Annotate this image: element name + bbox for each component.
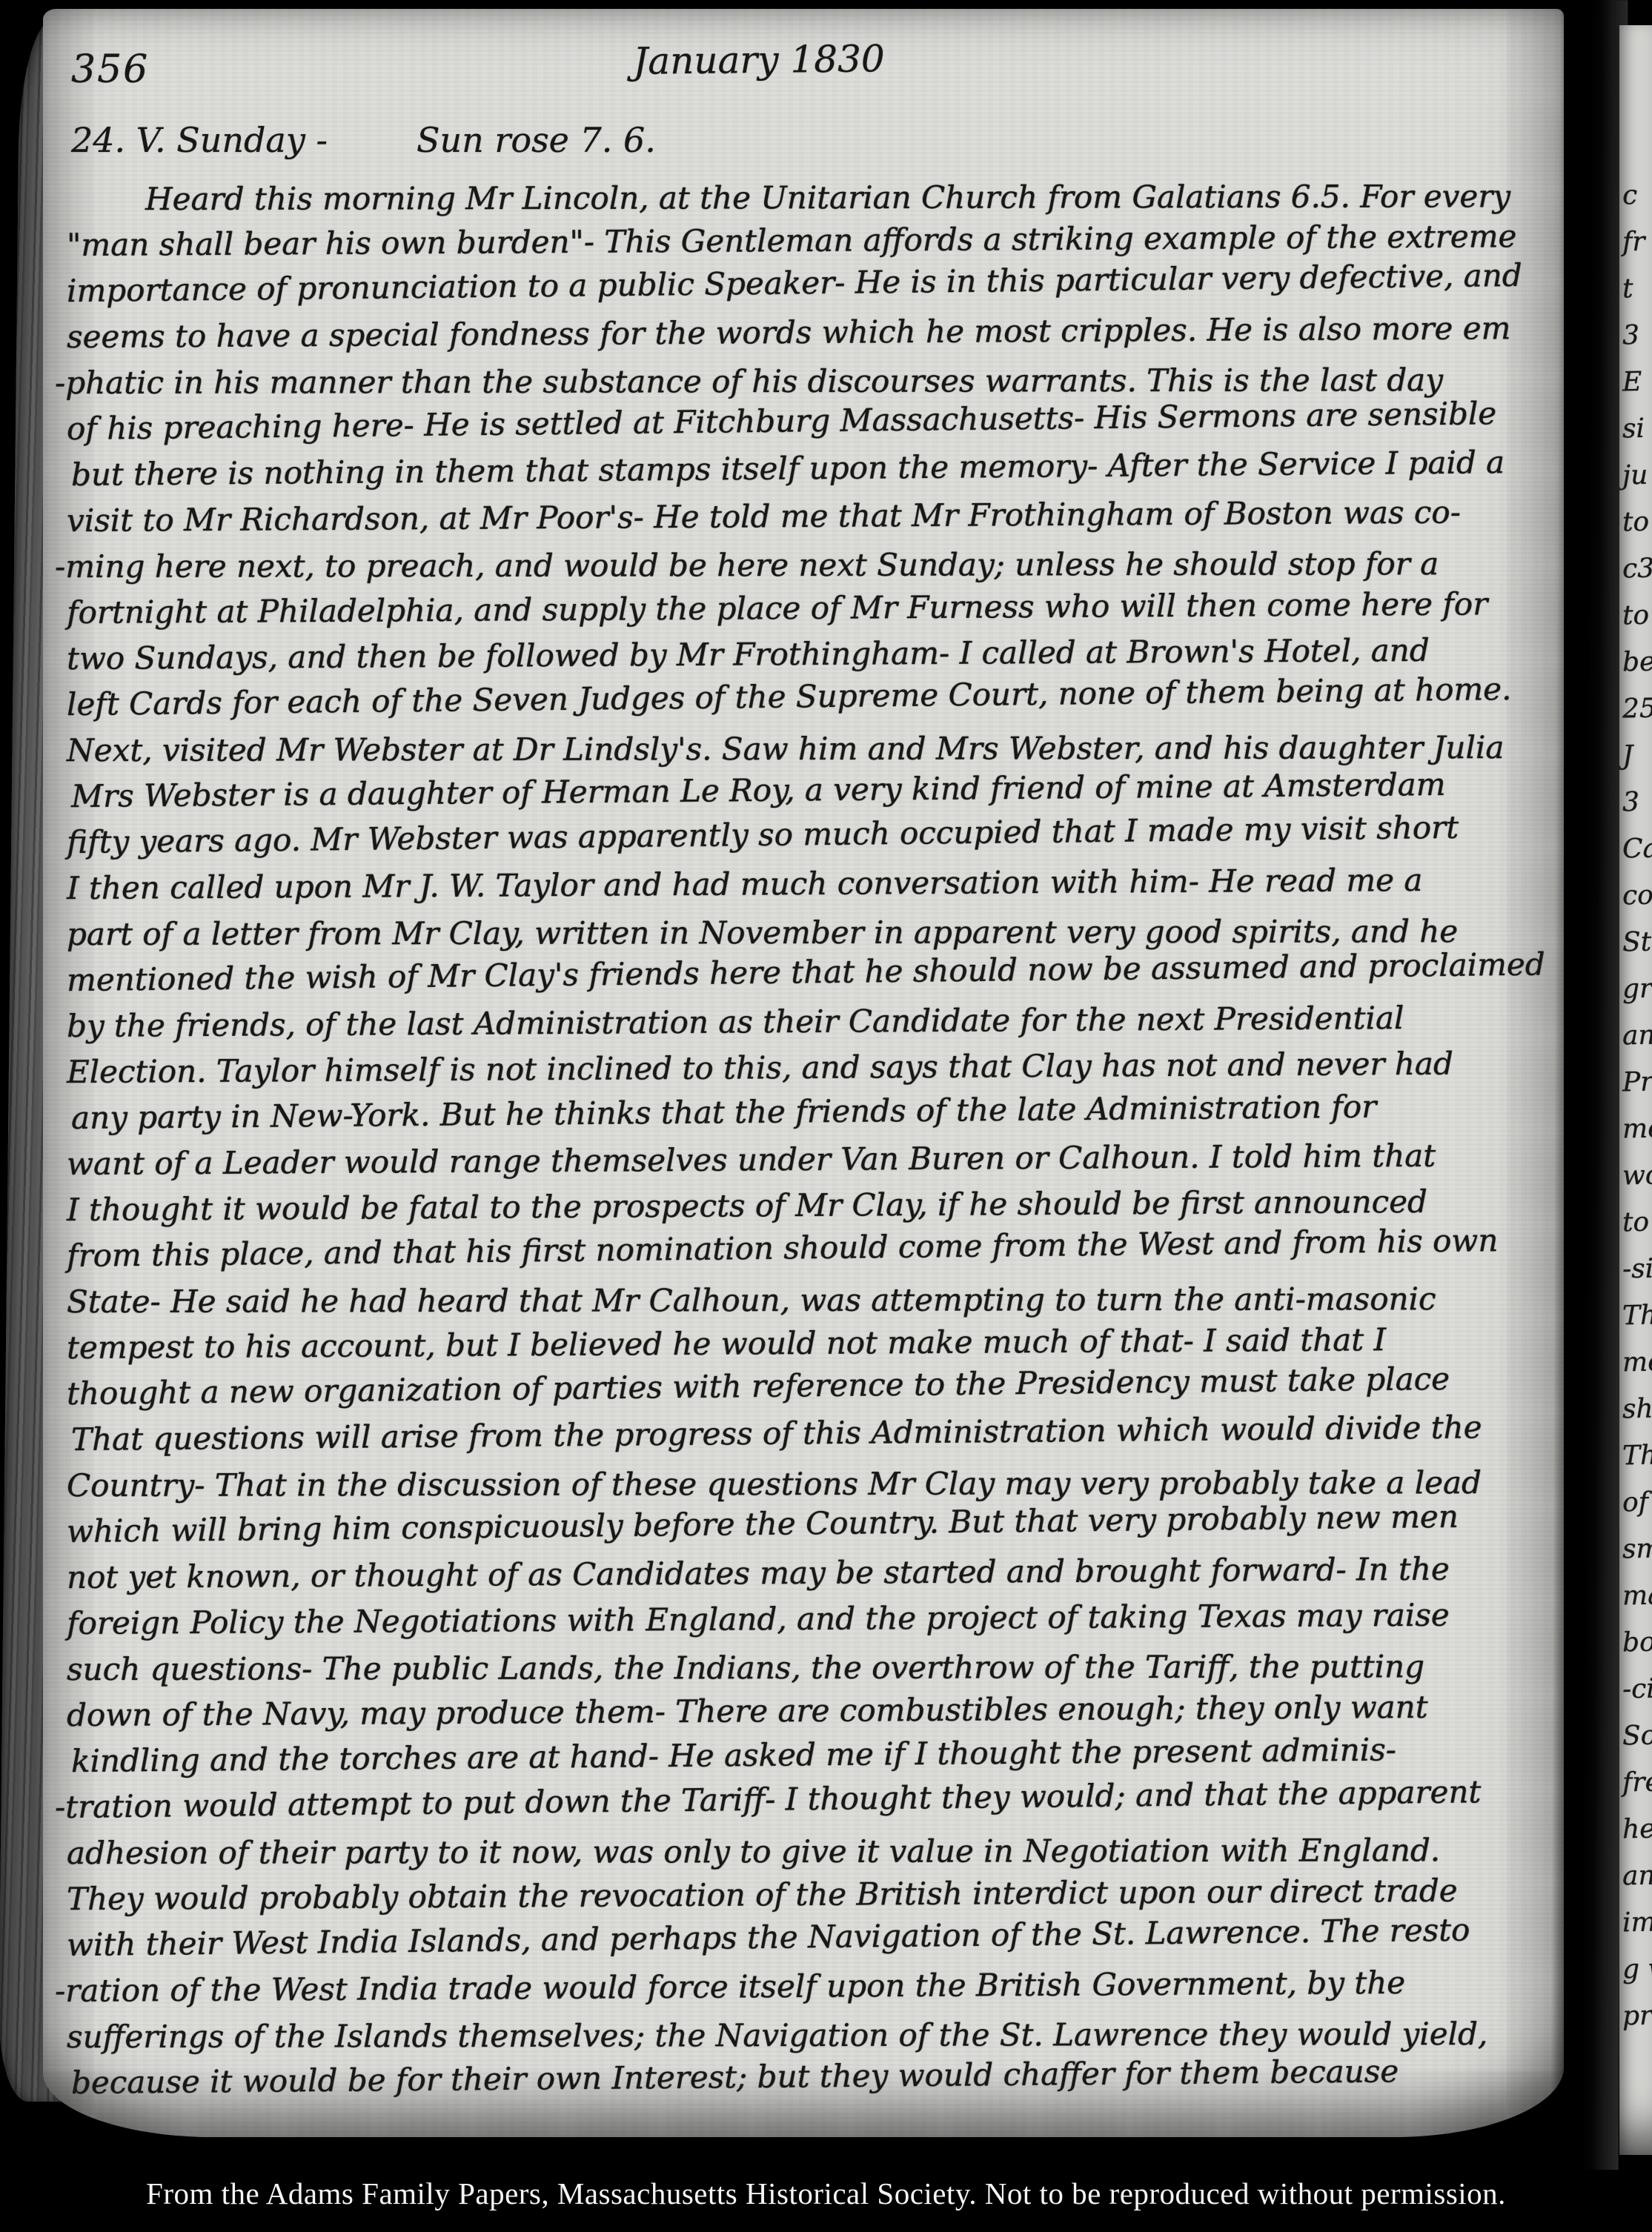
- date-line: 24. V. Sunday - Sun rose 7. 6.: [71, 120, 656, 160]
- sunrise-note: Sun rose 7. 6.: [417, 120, 656, 160]
- next-page-line-fragment: he a: [1622, 1816, 1652, 1844]
- next-page-line-fragment: Sold: [1622, 1723, 1652, 1750]
- next-page-line-fragment: Ca: [1622, 836, 1652, 863]
- next-page-line-fragment: ju: [1622, 462, 1652, 490]
- diary-line: foreign Policy the Negotiations with Eng…: [67, 1592, 1545, 1647]
- next-page-line-fragment: an: [1622, 1023, 1652, 1050]
- book-gutter-shadow: [1550, 0, 1628, 2170]
- next-page-line-fragment: Pr: [1622, 1069, 1652, 1097]
- next-page-line-fragment: to: [1622, 602, 1652, 630]
- next-page-line-fragment: 3: [1622, 789, 1652, 817]
- next-page-line-fragment: to a: [1622, 1209, 1652, 1237]
- next-page-line-fragment: co: [1622, 883, 1652, 910]
- next-page-line-fragment: Th: [1622, 1303, 1652, 1330]
- next-page-fragments: cfrt3Esijutoc3tobe25J3CacoStgranPrmewoto…: [1619, 25, 1652, 2030]
- next-page-line-fragment: sm: [1622, 1536, 1652, 1564]
- next-page-line-fragment: me: [1622, 1116, 1652, 1143]
- date-entry: 24. V. Sunday -: [71, 120, 328, 160]
- diary-line: visit to Mr Richardson, at Mr Poor's- He…: [67, 489, 1545, 544]
- next-page-line-fragment: prog: [1622, 2003, 1652, 2030]
- next-page-line-fragment: c: [1622, 182, 1652, 210]
- next-page-line-fragment: 25: [1622, 696, 1652, 723]
- next-page-line-fragment: wo: [1622, 1163, 1652, 1190]
- next-page-line-fragment: -ciou: [1622, 1676, 1652, 1704]
- diary-page: 356 January 1830 24. V. Sunday - Sun ros…: [43, 9, 1564, 2137]
- next-page-line-fragment: boo: [1622, 1630, 1652, 1657]
- next-page-sliver: cfrt3Esijutoc3tobe25J3CacoStgranPrmewoto…: [1619, 25, 1652, 2155]
- next-page-line-fragment: gr: [1622, 976, 1652, 1003]
- next-page-line-fragment: -sit: [1622, 1256, 1652, 1283]
- diary-line: I then called upon Mr J. W. Taylor and h…: [67, 857, 1545, 911]
- next-page-line-fragment: of S: [1622, 1489, 1652, 1517]
- next-page-line-fragment: mat: [1622, 1583, 1652, 1610]
- next-page-line-fragment: c3: [1622, 556, 1652, 583]
- next-page-line-fragment: g wa: [1622, 1956, 1652, 1984]
- next-page-line-fragment: That: [1622, 1443, 1652, 1470]
- scanned-diary-photo: 356 January 1830 24. V. Sunday - Sun ros…: [0, 0, 1652, 2232]
- next-page-line-fragment: freq: [1622, 1770, 1652, 1797]
- next-page-line-fragment: J: [1622, 743, 1652, 770]
- attribution-caption: From the Adams Family Papers, Massachuse…: [0, 2176, 1652, 2211]
- next-page-line-fragment: St: [1622, 929, 1652, 957]
- next-page-line-fragment: me: [1622, 1349, 1652, 1377]
- next-page-line-fragment: imp: [1622, 1910, 1652, 1937]
- month-year-heading: January 1830: [0, 30, 1519, 89]
- next-page-line-fragment: t: [1622, 276, 1652, 303]
- diary-body: Heard this morning Mr Lincoln, at the Un…: [67, 176, 1545, 2106]
- next-page-line-fragment: and: [1622, 1863, 1652, 1890]
- diary-line: seems to have a special fondness for the…: [67, 305, 1545, 360]
- next-page-line-fragment: E: [1622, 369, 1652, 396]
- next-page-line-fragment: si: [1622, 416, 1652, 443]
- next-page-line-fragment: fr: [1622, 229, 1652, 256]
- diary-line: -ration of the West India trade would fo…: [55, 1959, 1545, 2014]
- next-page-line-fragment: to: [1622, 509, 1652, 537]
- next-page-line-fragment: be: [1622, 649, 1652, 677]
- next-page-line-fragment: 3: [1622, 322, 1652, 350]
- next-page-line-fragment: sho: [1622, 1396, 1652, 1424]
